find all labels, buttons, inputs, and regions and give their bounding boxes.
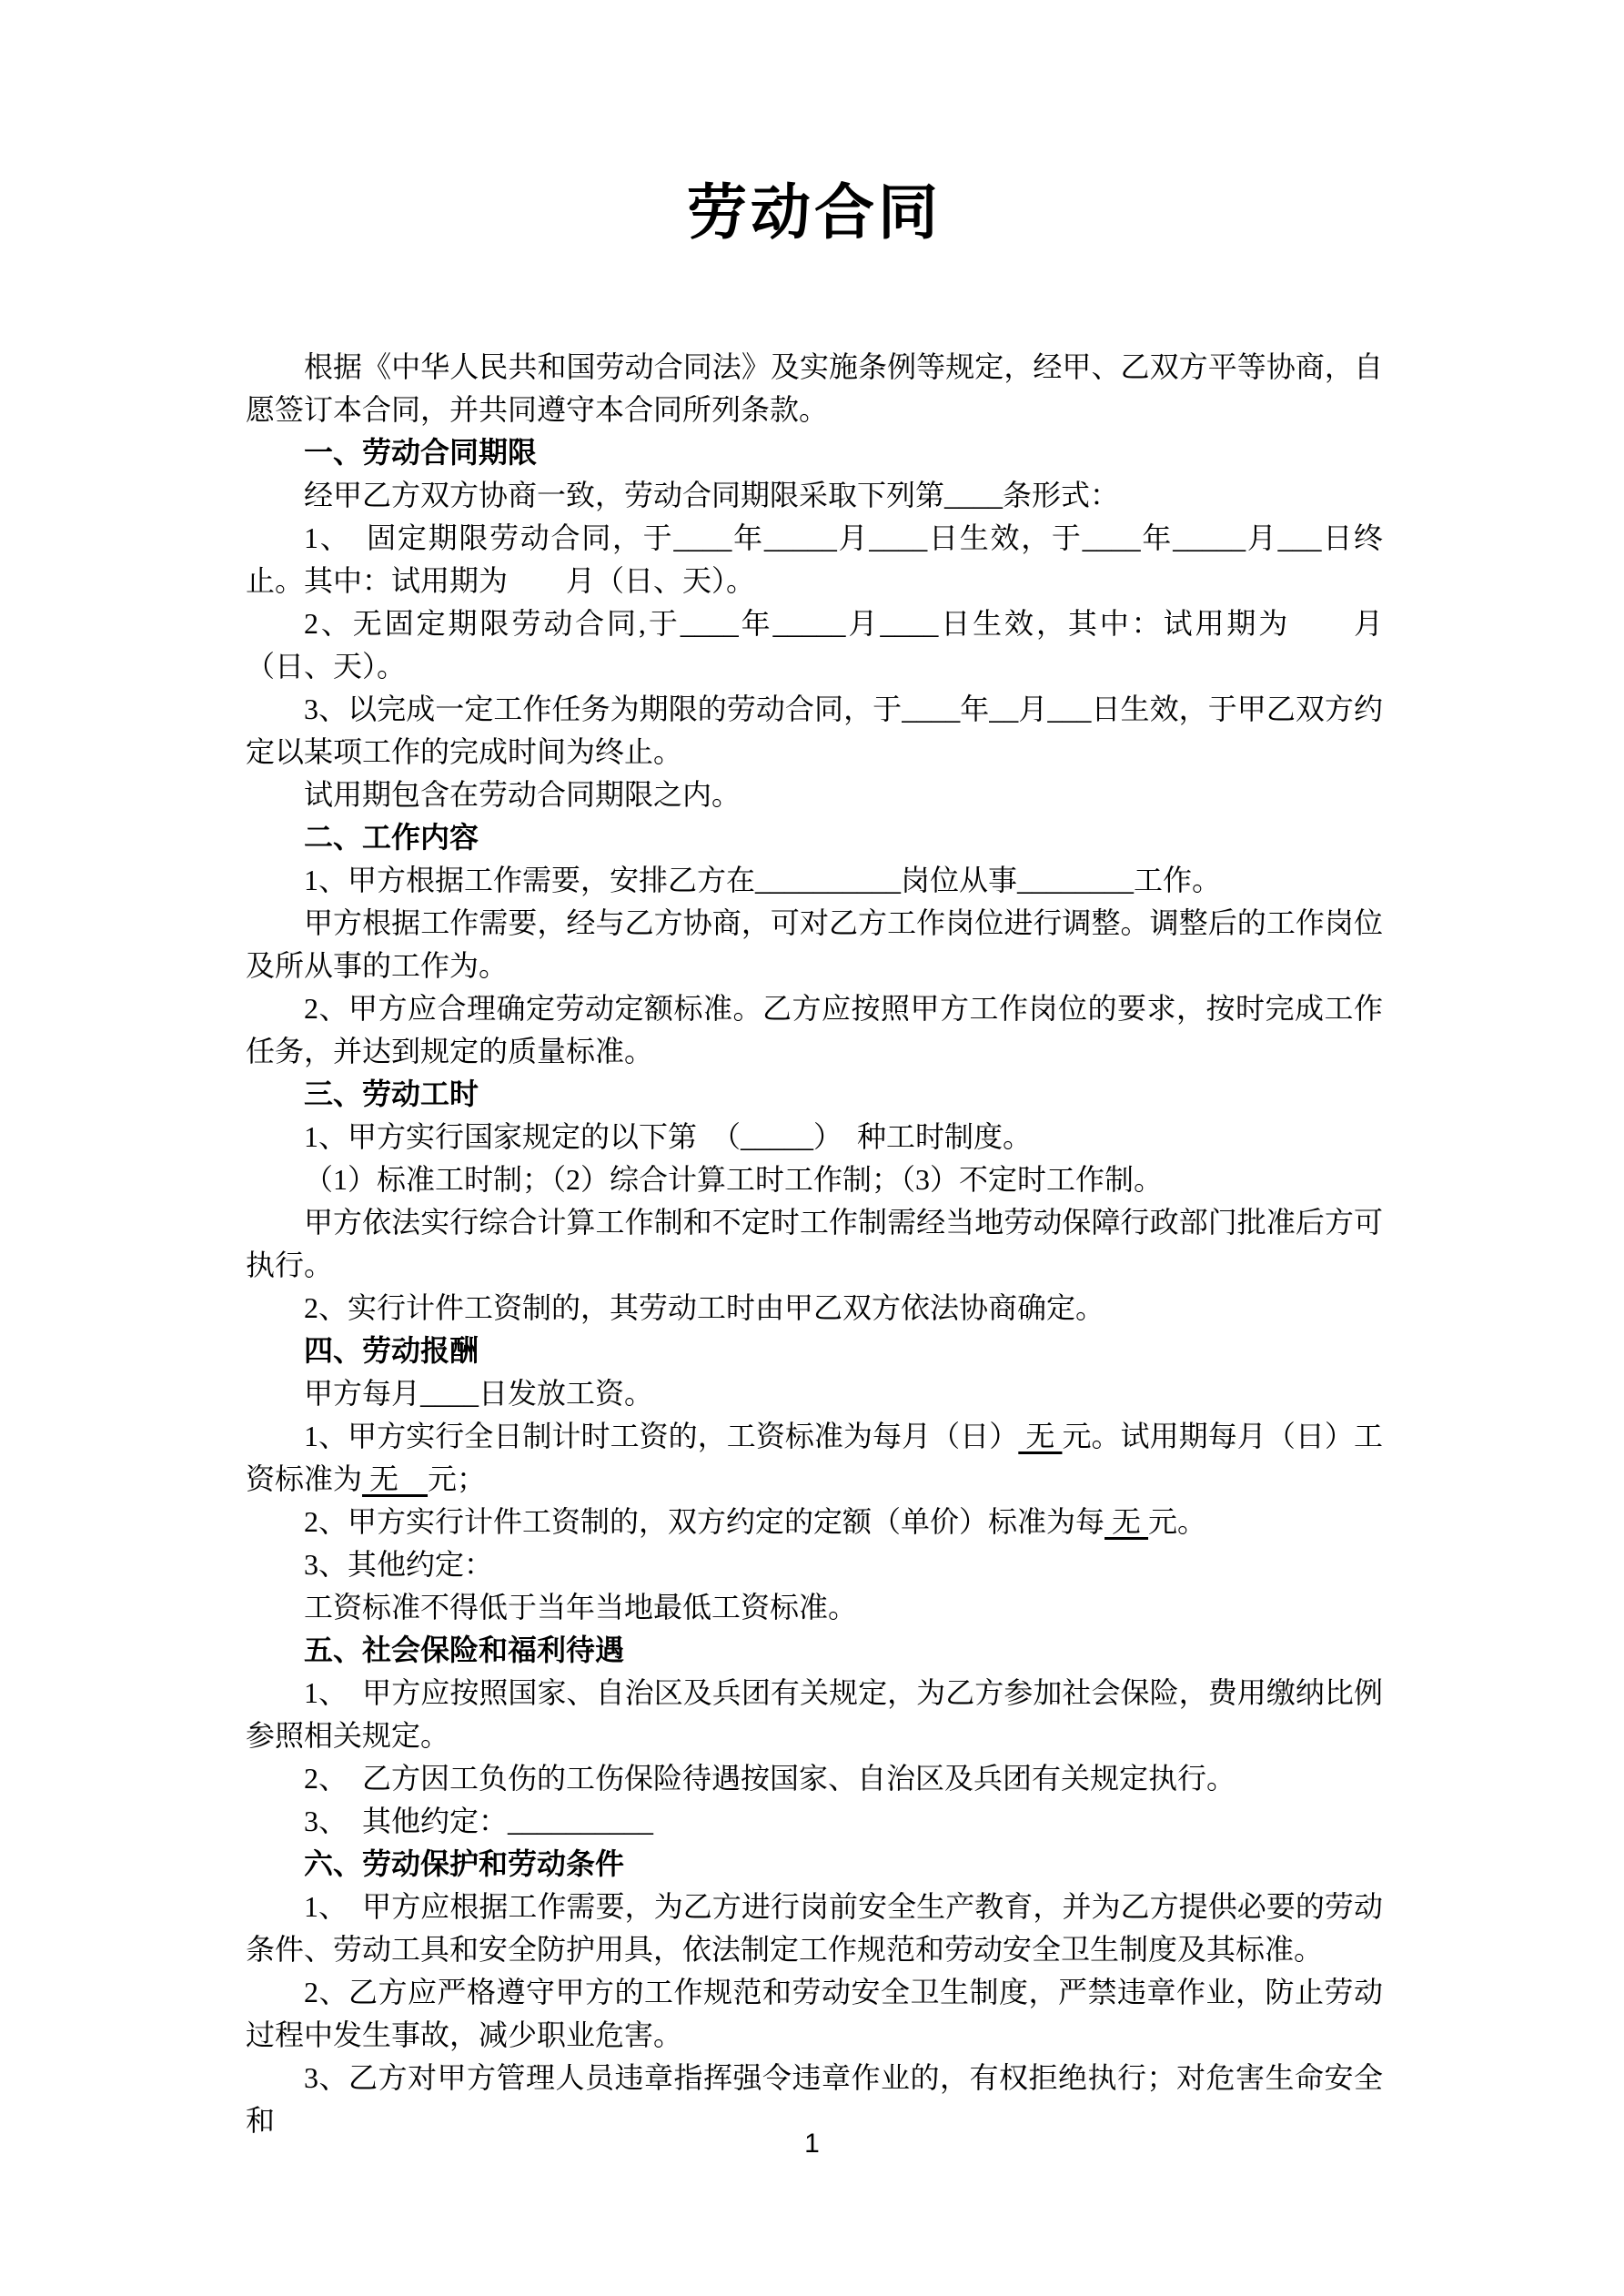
paragraph-text: 1、甲方实行全日制计时工资的，工资标准为每月（日） [304, 1420, 1018, 1452]
paragraph-text: 元； [428, 1462, 486, 1495]
paragraph: 工资标准不得低于当年当地最低工资标准。 [246, 1586, 1383, 1629]
paragraph: 3、以完成一定工作任务为期限的劳动合同，于____年__月___日生效，于甲乙双… [246, 688, 1383, 774]
page-number: 1 [0, 2128, 1624, 2160]
section-heading-contract-term: 一、劳动合同期限 [246, 431, 1383, 474]
document-page: 劳动合同 根据《中华人民共和国劳动合同法》及实施条例等规定，经甲、乙双方平等协商… [0, 0, 1624, 2296]
filled-blank: 无 [1018, 1420, 1062, 1452]
section-heading-social-insurance: 五、社会保险和福利待遇 [246, 1629, 1383, 1672]
intro-paragraph: 根据《中华人民共和国劳动合同法》及实施条例等规定，经甲、乙双方平等协商，自愿签订… [246, 346, 1383, 431]
paragraph: 2、乙方应严格遵守甲方的工作规范和劳动安全卫生制度，严禁违章作业，防止劳动过程中… [246, 1971, 1383, 2057]
paragraph: 3、其他约定： [246, 1543, 1383, 1586]
paragraph: 甲方根据工作需要，经与乙方协商，可对乙方工作岗位进行调整。调整后的工作岗位及所从… [246, 902, 1383, 987]
section-heading-labor-protection: 六、劳动保护和劳动条件 [246, 1843, 1383, 1886]
paragraph: 1、 甲方应根据工作需要，为乙方进行岗前安全生产教育，并为乙方提供必要的劳动条件… [246, 1886, 1383, 1971]
filled-blank: 无 [1105, 1505, 1148, 1538]
paragraph: （1）标准工时制；（2）综合计算工时工作制；（3）不定时工作制。 [246, 1158, 1383, 1201]
paragraph: 1、 固定期限劳动合同，于____年_____月____日生效，于____年__… [246, 517, 1383, 602]
paragraph: 1、甲方根据工作需要，安排乙方在__________岗位从事________工作… [246, 859, 1383, 902]
paragraph: 2、甲方实行计件工资制的，双方约定的定额（单价）标准为每 无 元。 [246, 1501, 1383, 1543]
paragraph: 2、甲方应合理确定劳动定额标准。乙方应按照甲方工作岗位的要求，按时完成工作任务，… [246, 987, 1383, 1073]
paragraph: 1、甲方实行国家规定的以下第 （_____） 种工时制度。 [246, 1116, 1383, 1158]
section-heading-remuneration: 四、劳动报酬 [246, 1330, 1383, 1372]
paragraph-text: 元。 [1148, 1505, 1206, 1538]
paragraph: 甲方依法实行综合计算工作制和不定时工作制需经当地劳动保障行政部门批准后方可执行。 [246, 1201, 1383, 1287]
paragraph: 经甲乙方双方协商一致，劳动合同期限采取下列第____条形式： [246, 474, 1383, 517]
paragraph: 2、无固定期限劳动合同,于____年_____月____日生效，其中：试用期为 … [246, 602, 1383, 688]
filled-blank: 无 [362, 1462, 428, 1495]
paragraph: 试用期包含在劳动合同期限之内。 [246, 774, 1383, 816]
paragraph: 甲方每月____日发放工资。 [246, 1372, 1383, 1415]
section-heading-working-hours: 三、劳动工时 [246, 1073, 1383, 1116]
paragraph: 3、 其他约定：__________ [246, 1800, 1383, 1843]
paragraph: 2、 乙方因工负伤的工伤保险待遇按国家、自治区及兵团有关规定执行。 [246, 1757, 1383, 1800]
paragraph-text: 2、甲方实行计件工资制的，双方约定的定额（单价）标准为每 [304, 1505, 1105, 1538]
paragraph: 1、 甲方应按照国家、自治区及兵团有关规定，为乙方参加社会保险，费用缴纳比例参照… [246, 1672, 1383, 1757]
document-title: 劳动合同 [246, 177, 1383, 250]
paragraph: 1、甲方实行全日制计时工资的，工资标准为每月（日） 无 元。试用期每月（日）工资… [246, 1415, 1383, 1501]
section-heading-work-content: 二、工作内容 [246, 816, 1383, 859]
paragraph: 2、实行计件工资制的，其劳动工时由甲乙双方依法协商确定。 [246, 1287, 1383, 1330]
